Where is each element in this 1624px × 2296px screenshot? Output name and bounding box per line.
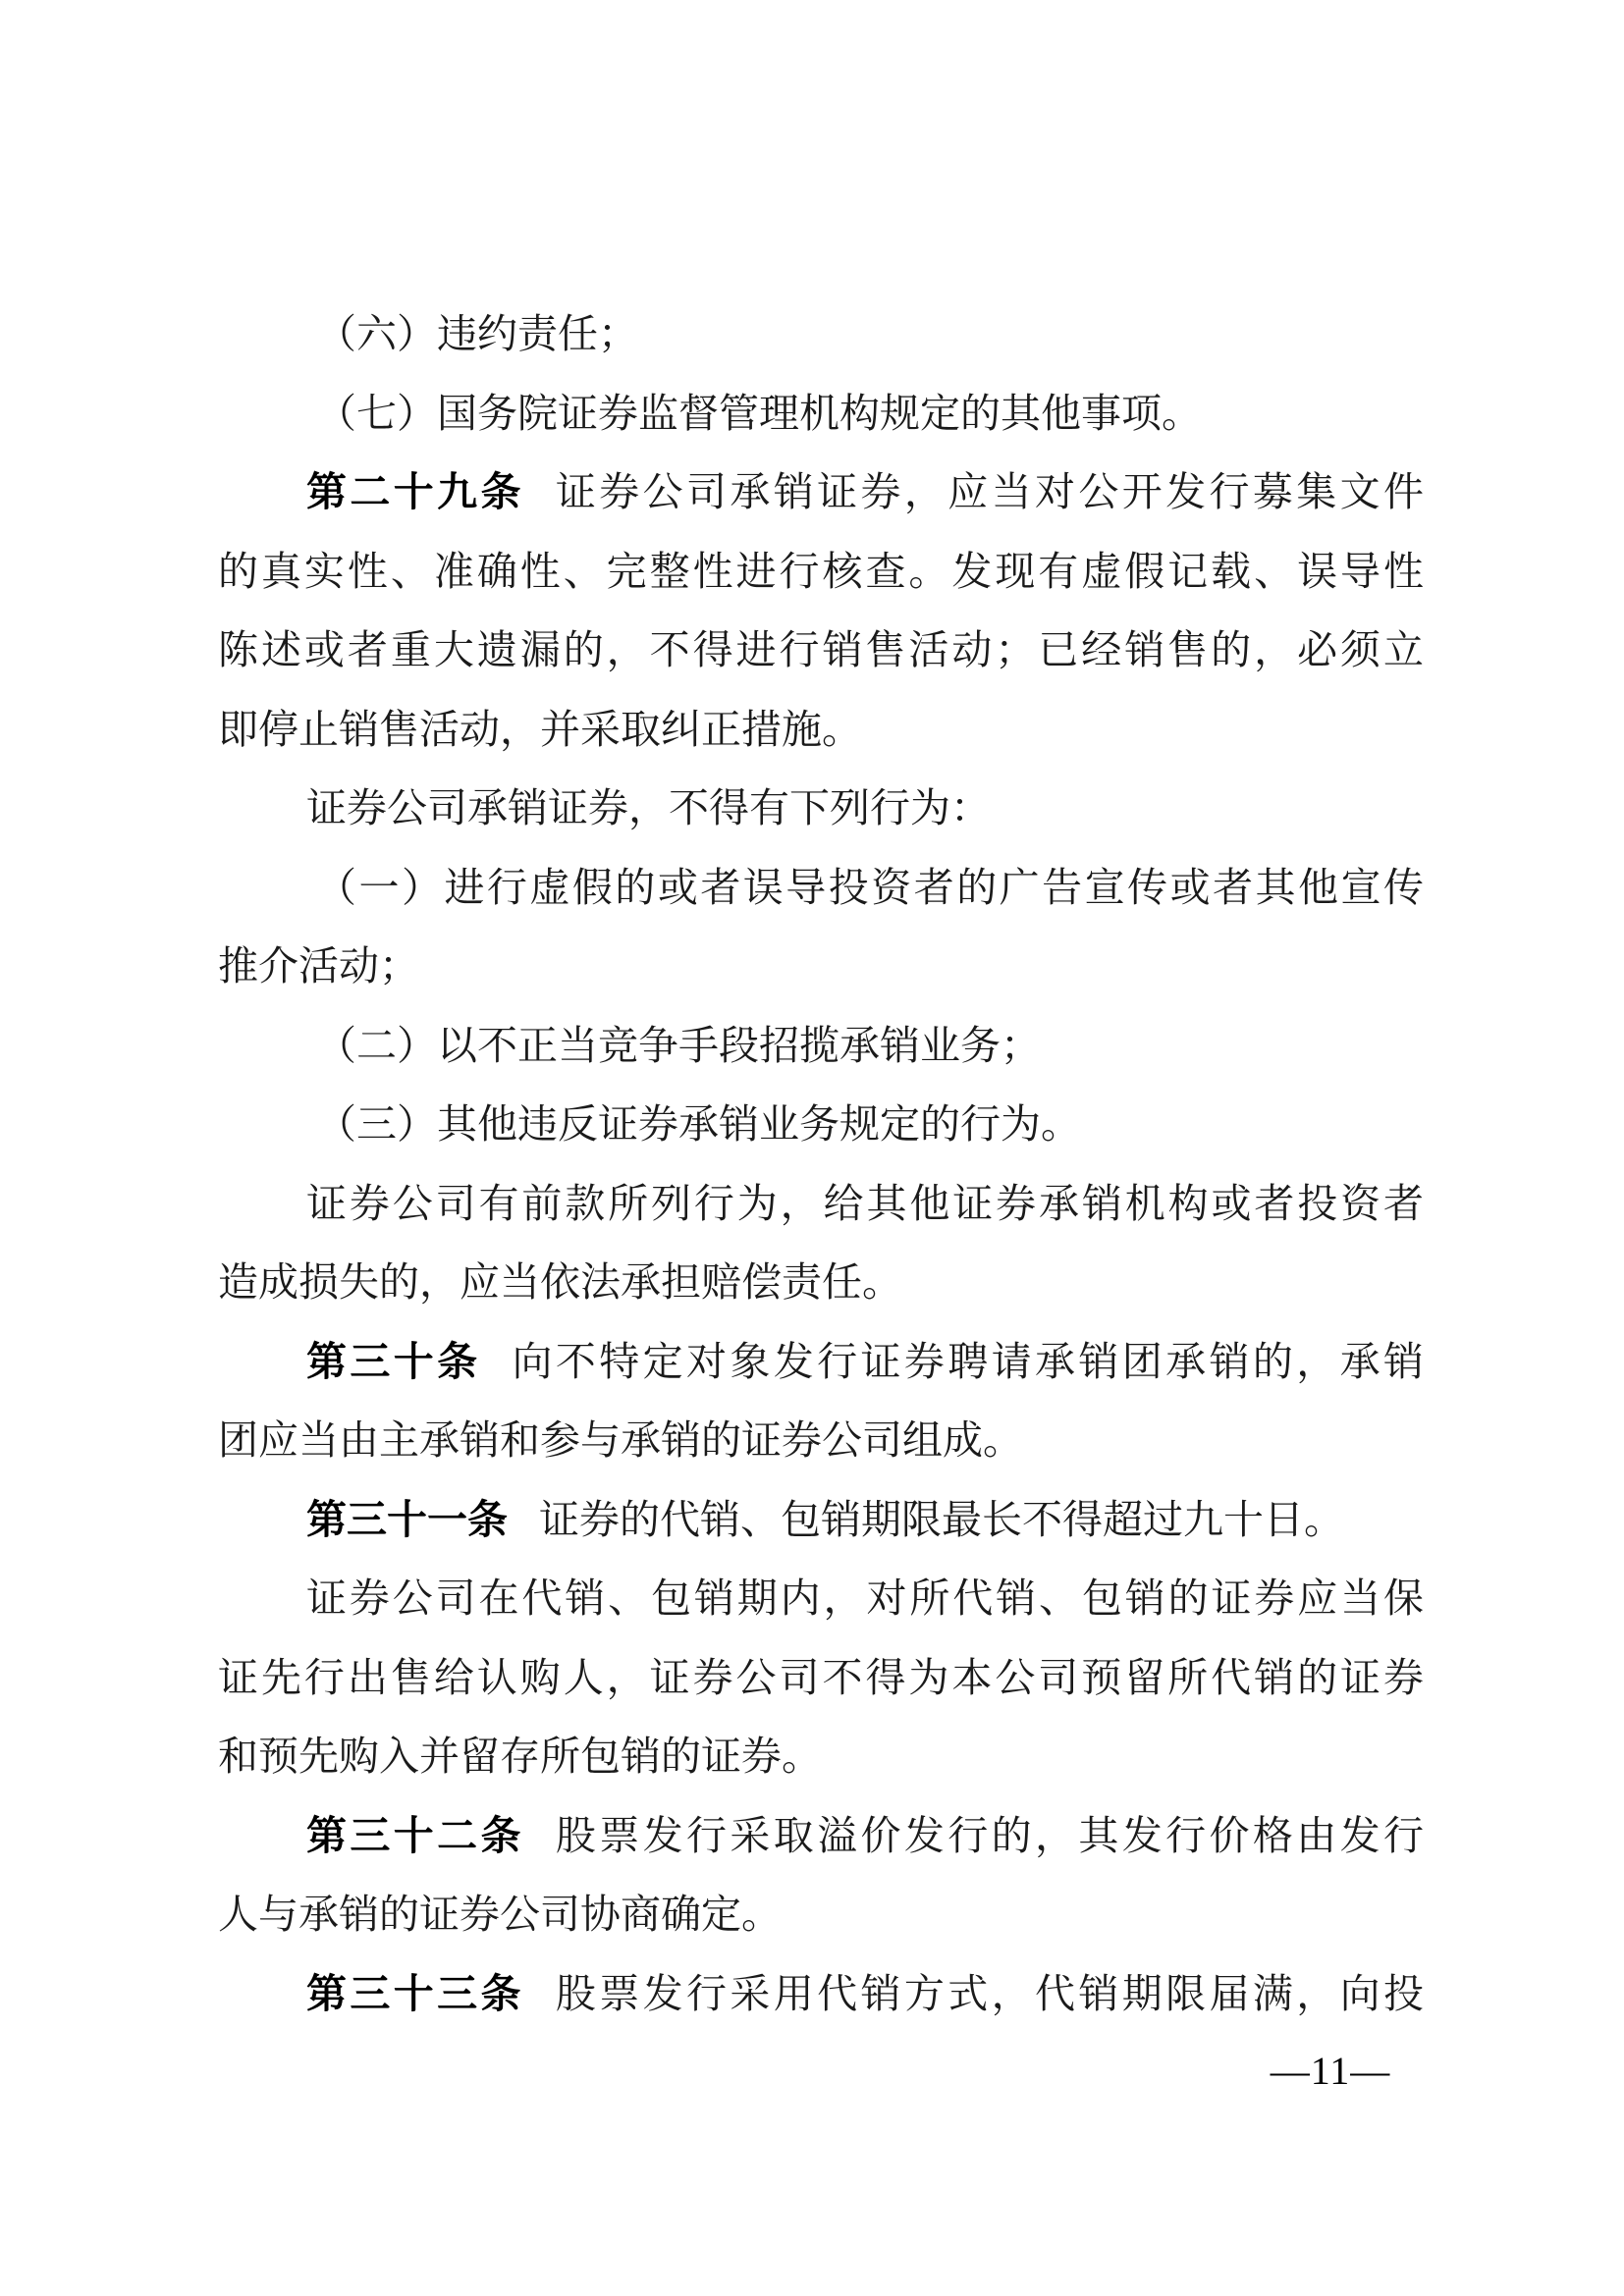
document-body: （六）违约责任； （七）国务院证券监督管理机构规定的其他事项。 第二十九条证券公… bbox=[218, 294, 1424, 2033]
article-30-first-line: 第三十条向不特定对象发行证券聘请承销团承销的，承销 bbox=[218, 1322, 1424, 1402]
list-item-3: （三）其他违反证券承销业务规定的行为。 bbox=[218, 1085, 1424, 1164]
article-32-first-line: 第三十二条股票发行采取溢价发行的，其发行价格由发行 bbox=[218, 1796, 1424, 1876]
line-text: 证券公司在代销、包销期内，对所代销、包销的证券应当保 bbox=[306, 1575, 1424, 1622]
paragraph-line: 证先行出售给认购人，证券公司不得为本公司预留所代销的证券 bbox=[218, 1638, 1424, 1718]
line-text: 证券公司承销证券，不得有下列行为： bbox=[306, 784, 991, 831]
page-number: —11— bbox=[1267, 2047, 1394, 2096]
line-text: （三）其他违反证券承销业务规定的行为。 bbox=[316, 1100, 1081, 1148]
article-31-line: 第三十一条证券的代销、包销期限最长不得超过九十日。 bbox=[218, 1480, 1424, 1560]
line-text: 和预先购入并留存所包销的证券。 bbox=[218, 1733, 822, 1780]
line-text: （七）国务院证券监督管理机构规定的其他事项。 bbox=[316, 390, 1202, 437]
line-text: 证先行出售给认购人，证券公司不得为本公司预留所代销的证券 bbox=[218, 1654, 1424, 1701]
article-number: 第三十二条 bbox=[306, 1812, 524, 1859]
paragraph-first-line: 证券公司在代销、包销期内，对所代销、包销的证券应当保 bbox=[218, 1559, 1424, 1638]
line-text: 证券公司有前款所列行为，给其他证券承销机构或者投资者 bbox=[306, 1180, 1424, 1227]
list-item-1-continuation: 推介活动； bbox=[218, 927, 1424, 1006]
paragraph-line: 的真实性、准确性、完整性进行核查。发现有虚假记载、误导性 bbox=[218, 532, 1424, 612]
list-item-6: （六）违约责任； bbox=[218, 294, 1424, 374]
line-text: 推介活动； bbox=[218, 942, 419, 989]
list-item-2: （二）以不正当竞争手段招揽承销业务； bbox=[218, 1006, 1424, 1086]
line-text: 陈述或者重大遗漏的，不得进行销售活动；已经销售的，必须立 bbox=[218, 626, 1424, 673]
article-number: 第三十条 bbox=[306, 1338, 481, 1385]
article-number: 第三十三条 bbox=[306, 1970, 524, 2017]
paragraph-last-line: 即停止销售活动，并采取纠正措施。 bbox=[218, 690, 1424, 770]
line-text: 向不特定对象发行证券聘请承销团承销的，承销 bbox=[513, 1338, 1425, 1385]
line-text: 即停止销售活动，并采取纠正措施。 bbox=[218, 706, 862, 753]
line-text: 的真实性、准确性、完整性进行核查。发现有虚假记载、误导性 bbox=[218, 548, 1424, 595]
line-text: （六）违约责任； bbox=[316, 310, 638, 357]
paragraph-first-line: 证券公司有前款所列行为，给其他证券承销机构或者投资者 bbox=[218, 1164, 1424, 1244]
line-text: 人与承销的证券公司协商确定。 bbox=[218, 1891, 782, 1938]
document-page: （六）违约责任； （七）国务院证券监督管理机构规定的其他事项。 第二十九条证券公… bbox=[0, 0, 1624, 2296]
article-number: 第三十一条 bbox=[306, 1496, 508, 1543]
article-33-first-line: 第三十三条股票发行采用代销方式，代销期限届满，向投 bbox=[218, 1954, 1424, 2034]
line-text: 证券的代销、包销期限最长不得超过九十日。 bbox=[539, 1496, 1344, 1543]
article-29-first-line: 第二十九条证券公司承销证券，应当对公开发行募集文件 bbox=[218, 453, 1424, 532]
line-text: 股票发行采取溢价发行的，其发行价格由发行 bbox=[556, 1812, 1424, 1859]
line-text: 股票发行采用代销方式，代销期限届满，向投 bbox=[556, 1970, 1424, 2017]
line-text: （一）进行虚假的或者误导投资者的广告宣传或者其他宣传 bbox=[316, 864, 1424, 911]
list-item-1: （一）进行虚假的或者误导投资者的广告宣传或者其他宣传 bbox=[218, 848, 1424, 928]
line-text: 团应当由主承销和参与承销的证券公司组成。 bbox=[218, 1416, 1023, 1464]
paragraph-last-line: 团应当由主承销和参与承销的证券公司组成。 bbox=[218, 1401, 1424, 1480]
paragraph-last-line: 人与承销的证券公司协商确定。 bbox=[218, 1875, 1424, 1954]
paragraph-last-line: 造成损失的，应当依法承担赔偿责任。 bbox=[218, 1243, 1424, 1322]
article-number: 第二十九条 bbox=[306, 468, 524, 515]
line-text: 造成损失的，应当依法承担赔偿责任。 bbox=[218, 1258, 902, 1306]
list-item-7: （七）国务院证券监督管理机构规定的其他事项。 bbox=[218, 374, 1424, 454]
line-text: （二）以不正当竞争手段招揽承销业务； bbox=[316, 1022, 1041, 1069]
line-text: 证券公司承销证券，应当对公开发行募集文件 bbox=[556, 468, 1424, 515]
paragraph-line: 陈述或者重大遗漏的，不得进行销售活动；已经销售的，必须立 bbox=[218, 611, 1424, 690]
paragraph-last-line: 和预先购入并留存所包销的证券。 bbox=[218, 1717, 1424, 1796]
paragraph-first-line: 证券公司承销证券，不得有下列行为： bbox=[218, 769, 1424, 848]
